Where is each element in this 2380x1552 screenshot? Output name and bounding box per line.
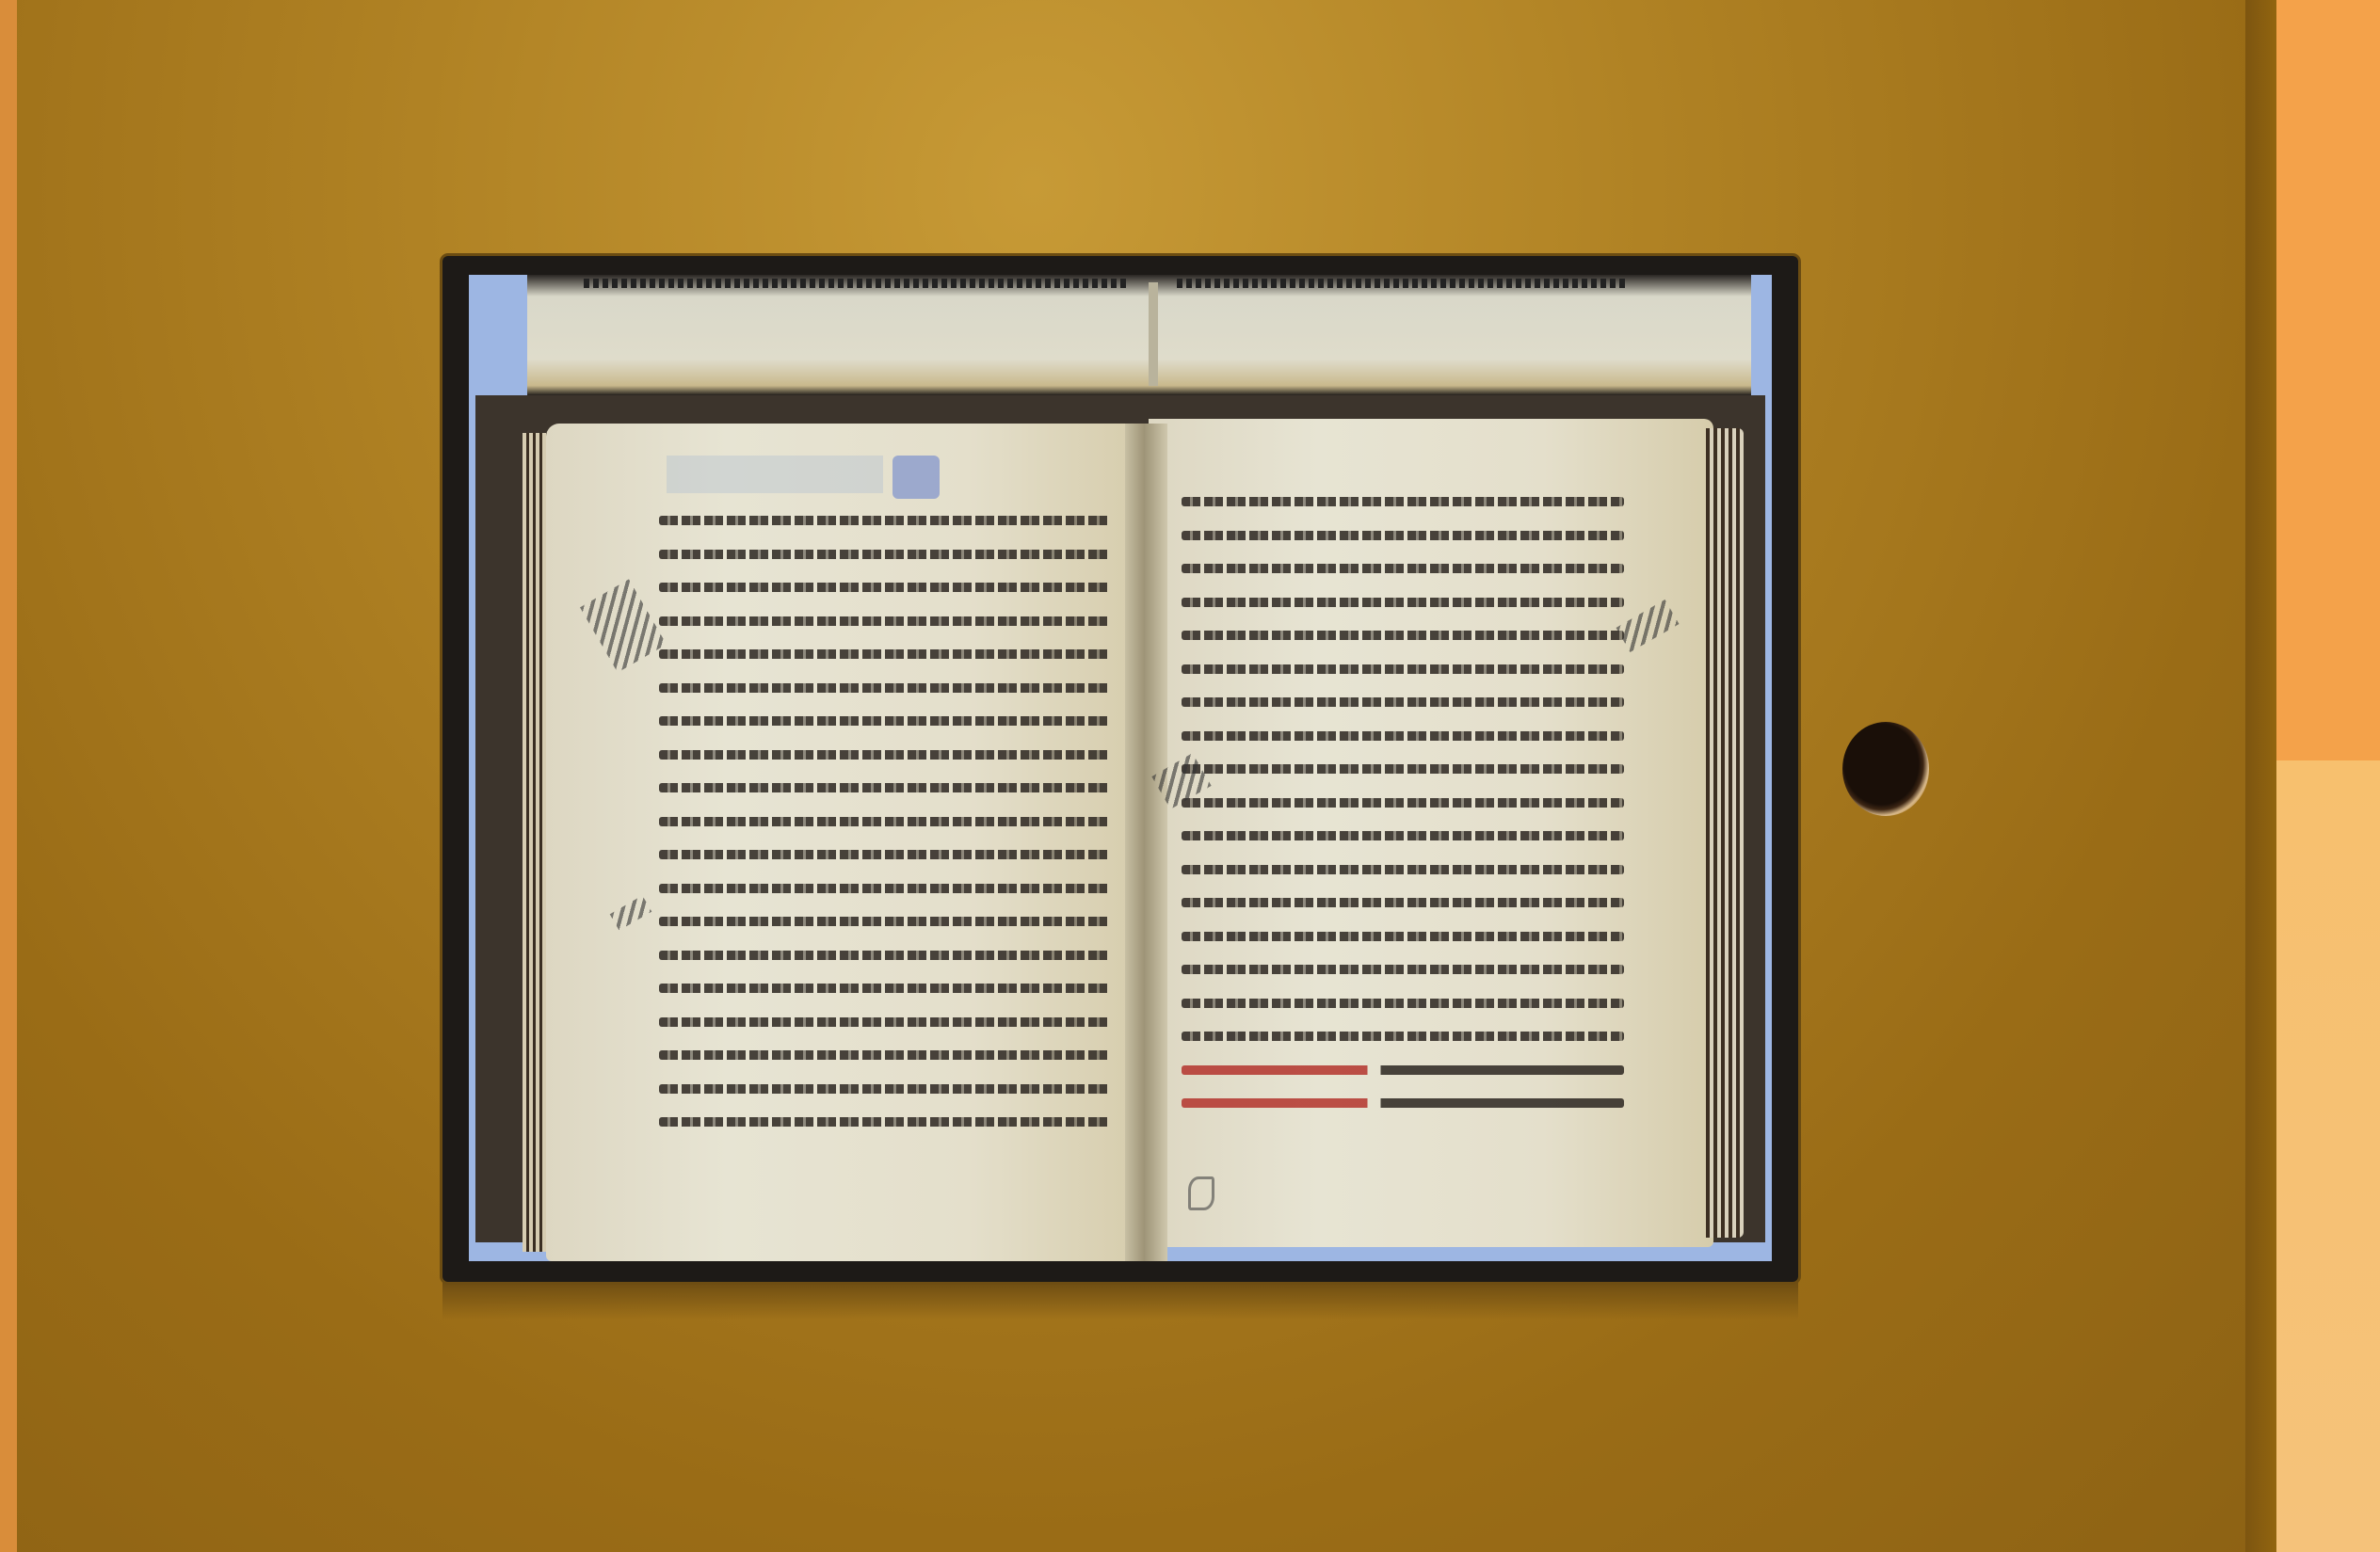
manuscript-gutter xyxy=(1125,424,1167,1261)
right-page-text xyxy=(1182,497,1624,1132)
glass-reflection xyxy=(527,275,1751,405)
case-shadow xyxy=(442,1282,1798,1320)
reflection-gutter xyxy=(1149,282,1158,386)
reflection-text-line xyxy=(1177,279,1629,288)
page-edges-right xyxy=(1706,428,1744,1238)
library-stamp-icon xyxy=(892,456,940,499)
keyhole-icon xyxy=(1842,722,1929,816)
background-wall xyxy=(2276,0,2380,1552)
catchword-mark xyxy=(1188,1176,1214,1210)
library-label xyxy=(667,456,883,493)
reflection-text-line xyxy=(584,279,1130,288)
cabinet-edge xyxy=(2245,0,2278,1552)
left-page-text xyxy=(659,516,1111,1151)
